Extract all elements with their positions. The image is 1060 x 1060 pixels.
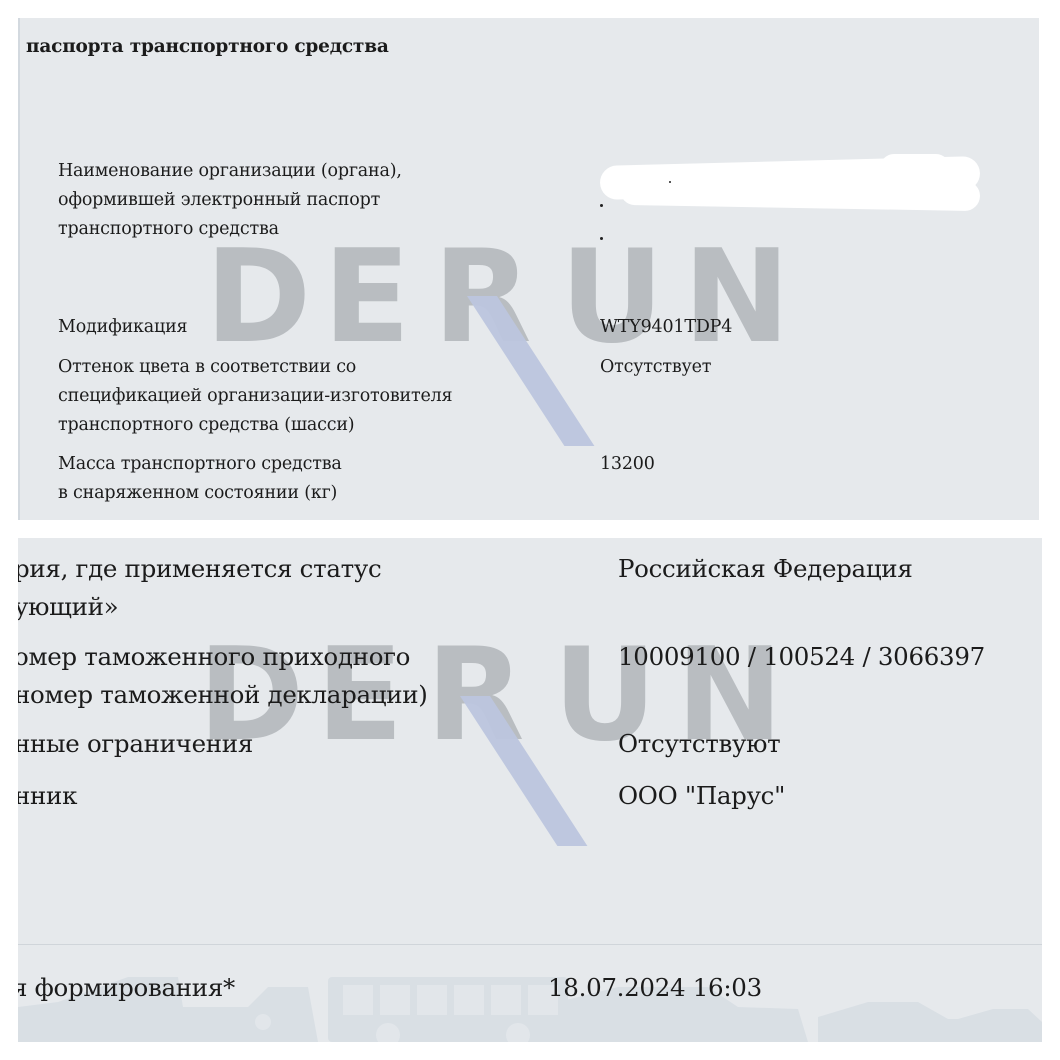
- watermark-accent-stroke: [467, 296, 594, 446]
- value-generation-datetime: 18.07.2024 16:03: [548, 969, 762, 1007]
- value-color-shade: Отсутствует: [600, 353, 711, 382]
- value-customs-number: 10009100 / 100524 / 3066397: [618, 638, 985, 676]
- label-line: Масса транспортного средства: [58, 450, 342, 479]
- label-line: оформившей электронный паспорт: [58, 186, 402, 215]
- label-color-shade: Оттенок цвета в соответствии со специфик…: [58, 353, 452, 440]
- label-owner: нник: [18, 777, 77, 815]
- watermark-accent-stroke: [460, 696, 587, 846]
- label-territory-status: рия, где применяется статус ующий»: [18, 550, 381, 626]
- label-line: Наименование организации (органа),: [58, 157, 402, 186]
- label-line: транспортного средства: [58, 215, 402, 244]
- label-line: рия, где применяется статус: [18, 550, 381, 588]
- value-owner: ООО "Парус": [618, 777, 785, 815]
- label-restrictions: нные ограничения: [18, 725, 253, 763]
- label-issuing-organization: Наименование организации (органа), оформ…: [58, 157, 402, 244]
- value-modification: WTY9401TDP4: [600, 313, 732, 342]
- label-line: Оттенок цвета в соответствии со: [58, 353, 452, 382]
- label-line: спецификацией организации-изготовителя: [58, 382, 452, 411]
- label-modification: Модификация: [58, 313, 187, 342]
- passport-panel-top: паспорта транспортного средства Наименов…: [18, 18, 1039, 520]
- value-restrictions: Отсутствуют: [618, 725, 780, 763]
- section-divider: [18, 944, 1042, 945]
- label-generation-datetime: я формирования*: [18, 969, 235, 1007]
- label-line: ующий»: [18, 588, 381, 626]
- label-line: омер таможенного приходного: [18, 638, 428, 676]
- label-line: номер таможенной декларации): [18, 676, 428, 714]
- value-curb-weight: 13200: [600, 450, 655, 479]
- passport-panel-bottom: D E R U N рия, где применяется статус ую…: [18, 538, 1042, 1042]
- section-title: паспорта транспортного средства: [26, 36, 389, 57]
- label-customs-number: омер таможенного приходного номер таможе…: [18, 638, 428, 714]
- label-line: транспортного средства (шасси): [58, 411, 452, 440]
- label-curb-weight: Масса транспортного средства в снаряженн…: [58, 450, 342, 508]
- value-territory: Российская Федерация: [618, 550, 912, 588]
- label-line: в снаряженном состоянии (кг): [58, 479, 342, 508]
